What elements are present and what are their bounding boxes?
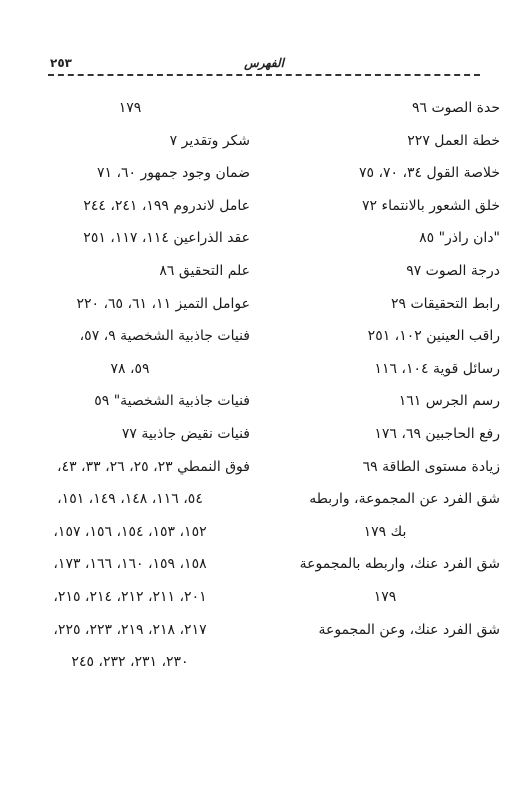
index-entry: علم التحقيق ٨٦ [10,255,250,288]
index-entry: فنيات جاذبية الشخصية ٩، ٥٧، [10,320,250,353]
index-column-right: حدة الصوت ٩٦خطة العمل ٢٢٧خلاصة القول ٣٤،… [270,92,500,646]
index-entry: خلاصة القول ٣٤، ٧٠، ٧٥ [270,157,500,190]
index-entry: فوق النمطي ٢٣، ٢٥، ٢٦، ٣٣، ٤٣، [10,451,250,484]
index-entry: عامل لاندروم ١٩٩، ٢٤١، ٢٤٤ [10,190,250,223]
index-entry: شق الفرد عنك، وعن المجموعة [270,614,500,647]
index-entry: رابط التحقيقات ٢٩ [270,288,500,321]
index-entry-continuation: بك ١٧٩ [270,516,500,549]
index-entry-continuation: ٢٣٠، ٢٣١، ٢٣٢، ٢٤٥ [10,646,250,679]
running-header: الفهرس ٢٥٣ [48,56,480,78]
index-entry: "دان راذر" ٨٥ [270,222,500,255]
index-entry: راقب العينين ١٠٢، ٢٥١ [270,320,500,353]
page-number: ٢٥٣ [50,56,72,70]
index-entry-continuation: ١٥٨، ١٥٩، ١٦٠، ١٦٦، ١٧٣، [10,548,250,581]
index-entry: عوامل التميز ١١، ٦١، ٦٥، ٢٢٠ [10,288,250,321]
index-entry: شكر وتقدير ٧ [10,125,250,158]
index-entry: رسائل قوية ١٠٤، ١١٦ [270,353,500,386]
index-entry: شق الفرد عن المجموعة، واربطه [270,483,500,516]
index-entry: فنيات نقيض جاذبية ٧٧ [10,418,250,451]
index-entry: عقد الذراعين ١١٤، ١١٧، ٢٥١ [10,222,250,255]
index-entry: خلق الشعور بالانتماء ٧٢ [270,190,500,223]
index-entry-continuation: ١٧٩ [10,92,250,125]
index-entry-continuation: ٥٩، ٧٨ [10,353,250,386]
index-entry: رسم الجرس ١٦١ [270,385,500,418]
index-entry: ضمان وجود جمهور ٦٠، ٧١ [10,157,250,190]
index-column-left: ١٧٩شكر وتقدير ٧ضمان وجود جمهور ٦٠، ٧١عام… [10,92,250,679]
index-entry: خطة العمل ٢٢٧ [270,125,500,158]
index-entry: زيادة مستوى الطاقة ٦٩ [270,451,500,484]
header-dashed-rule [48,74,480,76]
index-entry: حدة الصوت ٩٦ [270,92,500,125]
index-entry-continuation: ٥٤، ١١٦، ١٤٨، ١٤٩، ١٥١، [10,483,250,516]
header-title: الفهرس [244,56,284,70]
index-entry-continuation: ٢٠١، ٢١١، ٢١٢، ٢١٤، ٢١٥، [10,581,250,614]
index-entry-continuation: ١٧٩ [270,581,500,614]
index-entry: رفع الحاجبين ٦٩، ١٧٦ [270,418,500,451]
index-entry-continuation: ٢١٧، ٢١٨، ٢١٩، ٢٢٣، ٢٢٥، [10,614,250,647]
index-entry: فنيات جاذبية الشخصية" ٥٩ [10,385,250,418]
index-entry: درجة الصوت ٩٧ [270,255,500,288]
index-entry: شق الفرد عنك، واربطه بالمجموعة [270,548,500,581]
index-entry-continuation: ١٥٢، ١٥٣، ١٥٤، ١٥٦، ١٥٧، [10,516,250,549]
